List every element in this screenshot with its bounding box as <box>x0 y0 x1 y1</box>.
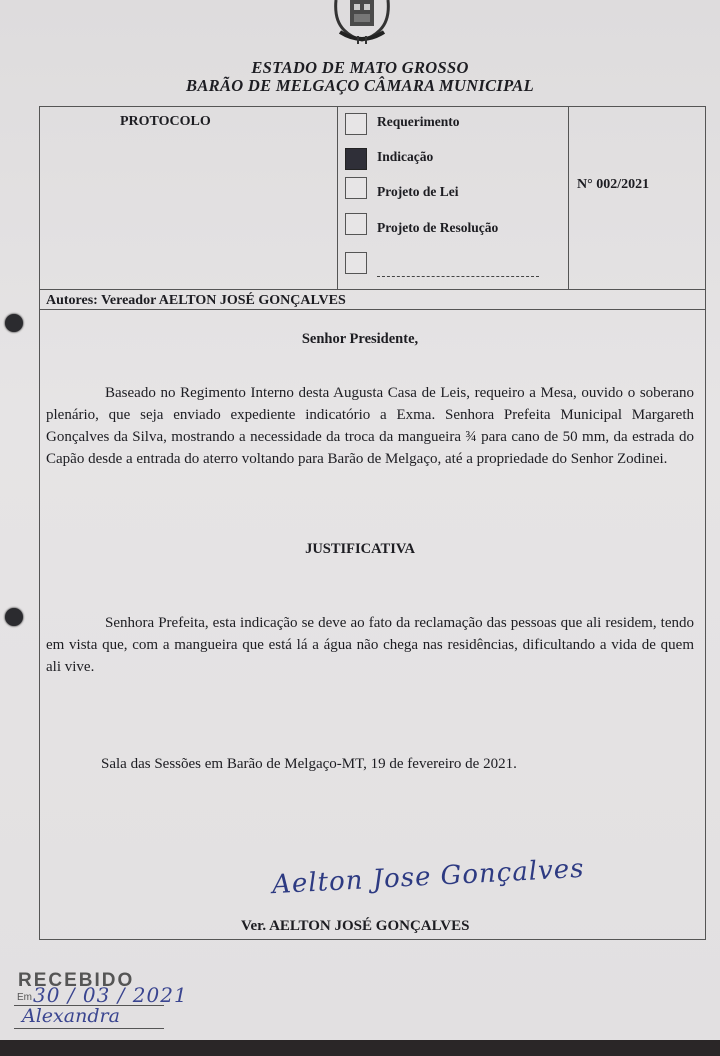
signer-name: Ver. AELTON JOSÉ GONÇALVES <box>241 918 469 935</box>
divider <box>568 107 569 289</box>
stamp-sign-line <box>14 1028 164 1029</box>
divider <box>337 107 338 289</box>
checkbox-requerimento[interactable] <box>345 113 367 135</box>
closing-line: Sala das Sessões em Barão de Melgaço-MT,… <box>101 756 517 773</box>
coat-of-arms-icon <box>330 0 394 44</box>
form-frame <box>39 106 706 940</box>
header-state: ESTADO DE MATO GROSSO <box>0 58 720 78</box>
header-chamber: BARÃO DE MELGAÇO CÂMARA MUNICIPAL <box>0 76 720 96</box>
received-stamp-signature: Alexandra <box>22 1005 120 1027</box>
page-edge-shadow <box>0 1040 720 1056</box>
checkbox-label-requerimento: Requerimento <box>377 114 459 130</box>
checkbox-other[interactable] <box>345 252 367 274</box>
checkbox-indicacao[interactable] <box>345 148 367 170</box>
checkbox-label-projeto-de-resolucao: Projeto de Resolução <box>377 220 498 236</box>
request-text: Baseado no Regimento Interno desta Augus… <box>46 385 694 467</box>
salutation: Senhor Presidente, <box>0 331 720 348</box>
punch-hole <box>5 314 23 332</box>
document-number: N° 002/2021 <box>577 177 649 193</box>
justificativa-heading: JUSTIFICATIVA <box>0 541 720 558</box>
punch-hole <box>5 608 23 626</box>
justification-text: Senhora Prefeita, esta indicação se deve… <box>46 615 694 675</box>
justification-paragraph: Senhora Prefeita, esta indicação se deve… <box>46 612 694 678</box>
request-paragraph: Baseado no Regimento Interno desta Augus… <box>46 382 694 470</box>
checkbox-label-indicacao: Indicação <box>377 149 433 165</box>
checkbox-projeto-de-resolucao[interactable] <box>345 213 367 235</box>
divider <box>39 289 706 290</box>
checkbox-label-projeto-de-lei: Projeto de Lei <box>377 184 458 200</box>
authors-line: Autores: Vereador AELTON JOSÉ GONÇALVES <box>46 293 346 309</box>
divider <box>39 309 706 310</box>
protocolo-label: PROTOCOLO <box>120 114 211 130</box>
checkbox-projeto-de-lei[interactable] <box>345 177 367 199</box>
other-blank-line <box>377 276 539 277</box>
received-stamp-em: Em <box>17 992 32 1003</box>
received-stamp-date: 30 / 03 / 2021 <box>33 983 188 1007</box>
